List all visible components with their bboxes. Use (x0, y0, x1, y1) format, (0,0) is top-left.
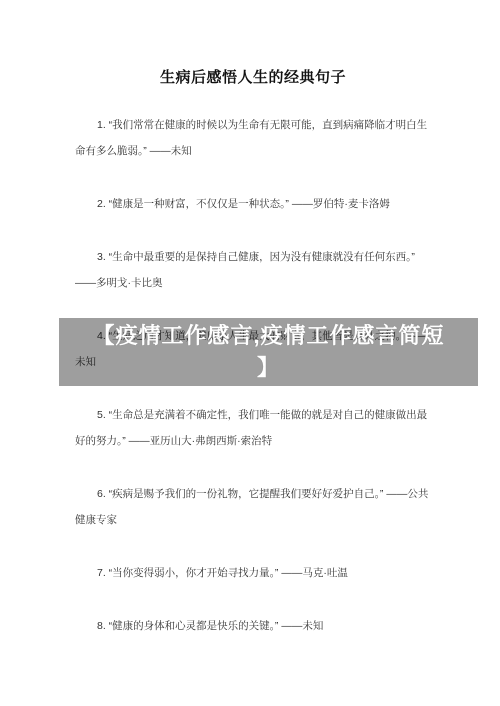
quote-item-6: 6. “疾病是赐予我们的一份礼物，它提醒我们要好好爱护自己。” ——公共健康专家 (75, 481, 431, 533)
quote-item-8: 8. “健康的身体和心灵都是快乐的关键。” ——未知 (75, 613, 431, 639)
watermark-title-line1: 【疫情工作感言,疫情工作感言简短 (92, 320, 444, 352)
quote-item-7: 7. “当你变得弱小，你才开始寻找力量。” ——马克·吐温 (75, 560, 431, 586)
watermark-banner: 【疫情工作感言,疫情工作感言简短 】 (59, 318, 478, 386)
quote-item-5: 5. “生命总是充满着不确定性，我们唯一能做的就是对自己的健康做出最好的努力。”… (75, 402, 431, 454)
watermark-title-line2: 】 (257, 352, 280, 384)
page-title: 生病后感悟人生的经典句子 (75, 66, 431, 90)
quote-item-2: 2. “健康是一种财富，不仅仅是一种状态。” ——罗伯特·麦卡洛姆 (75, 191, 431, 217)
watermark-title: 【疫情工作感言,疫情工作感言简短 】 (59, 318, 478, 386)
quote-item-1: 1. “我们常常在健康的时候以为生命有无限可能，直到病痛降临才明白生命有多么脆弱… (75, 112, 431, 164)
quote-item-3: 3. “生命中最重要的是保持自己健康，因为没有健康就没有任何东西。” ——多明戈… (75, 244, 431, 296)
